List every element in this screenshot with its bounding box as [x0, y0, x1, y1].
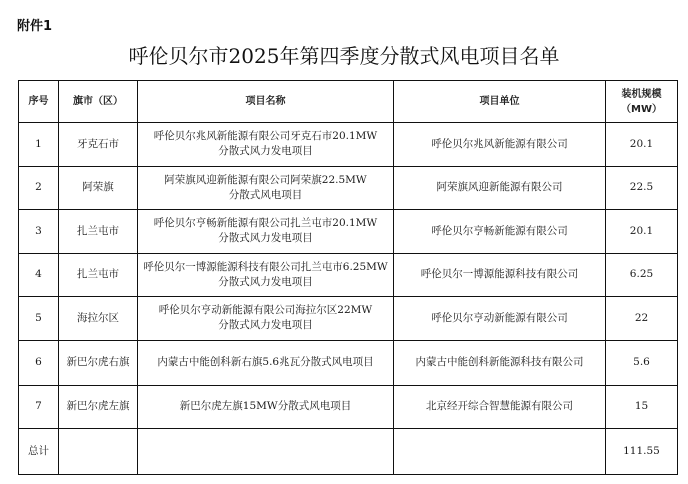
- row-project-name: 呼伦贝尔亨动新能源有限公司海拉尔区22MW 分散式风力发电项目: [138, 297, 394, 341]
- table-row: 2 阿荣旗 阿荣旗风迎新能源有限公司阿荣旗22.5MW 分散式风电项目 阿荣旗风…: [19, 166, 678, 210]
- attachment-label: 附件1: [17, 15, 52, 34]
- header-district: 旗市（区）: [59, 81, 138, 123]
- project-list-table: 序号 旗市（区） 项目名称 项目单位 装机规模 （MW） 1 牙克石市 呼伦贝尔…: [18, 80, 678, 475]
- row-project-unit: 呼伦贝尔兆风新能源有限公司: [394, 123, 606, 167]
- row-project-unit: 阿荣旗风迎新能源有限公司: [394, 166, 606, 210]
- header-project-unit: 项目单位: [394, 81, 606, 123]
- project-name-line: 呼伦贝尔亨动新能源有限公司海拉尔区22MW: [142, 303, 389, 318]
- row-project-unit: 呼伦贝尔亨畅新能源有限公司: [394, 210, 606, 254]
- row-district: 扎兰屯市: [59, 210, 138, 254]
- table-row: 5 海拉尔区 呼伦贝尔亨动新能源有限公司海拉尔区22MW 分散式风力发电项目 呼…: [19, 297, 678, 341]
- row-district: 扎兰屯市: [59, 253, 138, 297]
- project-name-line: 分散式风电项目: [142, 188, 389, 203]
- row-capacity: 15: [606, 385, 678, 429]
- project-name-line: 分散式风力发电项目: [142, 231, 389, 246]
- total-empty-cell: [59, 429, 138, 475]
- total-empty-cell: [394, 429, 606, 475]
- table-row: 3 扎兰屯市 呼伦贝尔亨畅新能源有限公司扎兰屯市20.1MW 分散式风力发电项目…: [19, 210, 678, 254]
- project-name-line: 呼伦贝尔一博源能源科技有限公司扎兰屯市6.25MW: [142, 260, 389, 275]
- header-capacity-label: 装机规模: [610, 87, 673, 102]
- row-project-name: 新巴尔虎左旗15MW分散式风电项目: [138, 385, 394, 429]
- row-district: 新巴尔虎左旗: [59, 385, 138, 429]
- row-index: 2: [19, 166, 59, 210]
- row-capacity: 20.1: [606, 123, 678, 167]
- table-row: 6 新巴尔虎右旗 内蒙古中能创科新右旗5.6兆瓦分散式风电项目 内蒙古中能创科新…: [19, 340, 678, 385]
- row-project-name: 呼伦贝尔一博源能源科技有限公司扎兰屯市6.25MW 分散式风力发电项目: [138, 253, 394, 297]
- row-index: 5: [19, 297, 59, 341]
- total-label: 总计: [19, 429, 59, 475]
- table-row: 4 扎兰屯市 呼伦贝尔一博源能源科技有限公司扎兰屯市6.25MW 分散式风力发电…: [19, 253, 678, 297]
- row-index: 3: [19, 210, 59, 254]
- row-district: 海拉尔区: [59, 297, 138, 341]
- row-capacity: 20.1: [606, 210, 678, 254]
- header-capacity-unit: （MW）: [610, 102, 673, 117]
- row-project-name: 内蒙古中能创科新右旗5.6兆瓦分散式风电项目: [138, 340, 394, 385]
- header-project-name: 项目名称: [138, 81, 394, 123]
- row-project-unit: 呼伦贝尔亨动新能源有限公司: [394, 297, 606, 341]
- row-capacity: 5.6: [606, 340, 678, 385]
- project-name-line: 分散式风力发电项目: [142, 275, 389, 290]
- project-name-line: 呼伦贝尔亨畅新能源有限公司扎兰屯市20.1MW: [142, 216, 389, 231]
- row-index: 1: [19, 123, 59, 167]
- row-index: 6: [19, 340, 59, 385]
- table-row: 7 新巴尔虎左旗 新巴尔虎左旗15MW分散式风电项目 北京经开综合智慧能源有限公…: [19, 385, 678, 429]
- row-capacity: 22.5: [606, 166, 678, 210]
- row-capacity: 6.25: [606, 253, 678, 297]
- project-name-line: 阿荣旗风迎新能源有限公司阿荣旗22.5MW: [142, 173, 389, 188]
- row-index: 7: [19, 385, 59, 429]
- project-name-line: 分散式风力发电项目: [142, 318, 389, 333]
- table-row: 1 牙克石市 呼伦贝尔兆风新能源有限公司牙克石市20.1MW 分散式风力发电项目…: [19, 123, 678, 167]
- header-index: 序号: [19, 81, 59, 123]
- row-project-name: 呼伦贝尔兆风新能源有限公司牙克石市20.1MW 分散式风力发电项目: [138, 123, 394, 167]
- document-title: 呼伦贝尔市2025年第四季度分散式风电项目名单: [0, 40, 688, 69]
- total-capacity: 111.55: [606, 429, 678, 475]
- row-project-unit: 内蒙古中能创科新能源科技有限公司: [394, 340, 606, 385]
- project-name-line: 分散式风力发电项目: [142, 144, 389, 159]
- row-index: 4: [19, 253, 59, 297]
- row-project-unit: 呼伦贝尔一博源能源科技有限公司: [394, 253, 606, 297]
- row-capacity: 22: [606, 297, 678, 341]
- header-capacity: 装机规模 （MW）: [606, 81, 678, 123]
- row-project-name: 呼伦贝尔亨畅新能源有限公司扎兰屯市20.1MW 分散式风力发电项目: [138, 210, 394, 254]
- total-empty-cell: [138, 429, 394, 475]
- project-name-line: 呼伦贝尔兆风新能源有限公司牙克石市20.1MW: [142, 129, 389, 144]
- row-district: 新巴尔虎右旗: [59, 340, 138, 385]
- row-project-unit: 北京经开综合智慧能源有限公司: [394, 385, 606, 429]
- row-project-name: 阿荣旗风迎新能源有限公司阿荣旗22.5MW 分散式风电项目: [138, 166, 394, 210]
- table-header-row: 序号 旗市（区） 项目名称 项目单位 装机规模 （MW）: [19, 81, 678, 123]
- row-district: 阿荣旗: [59, 166, 138, 210]
- total-row: 总计 111.55: [19, 429, 678, 475]
- row-district: 牙克石市: [59, 123, 138, 167]
